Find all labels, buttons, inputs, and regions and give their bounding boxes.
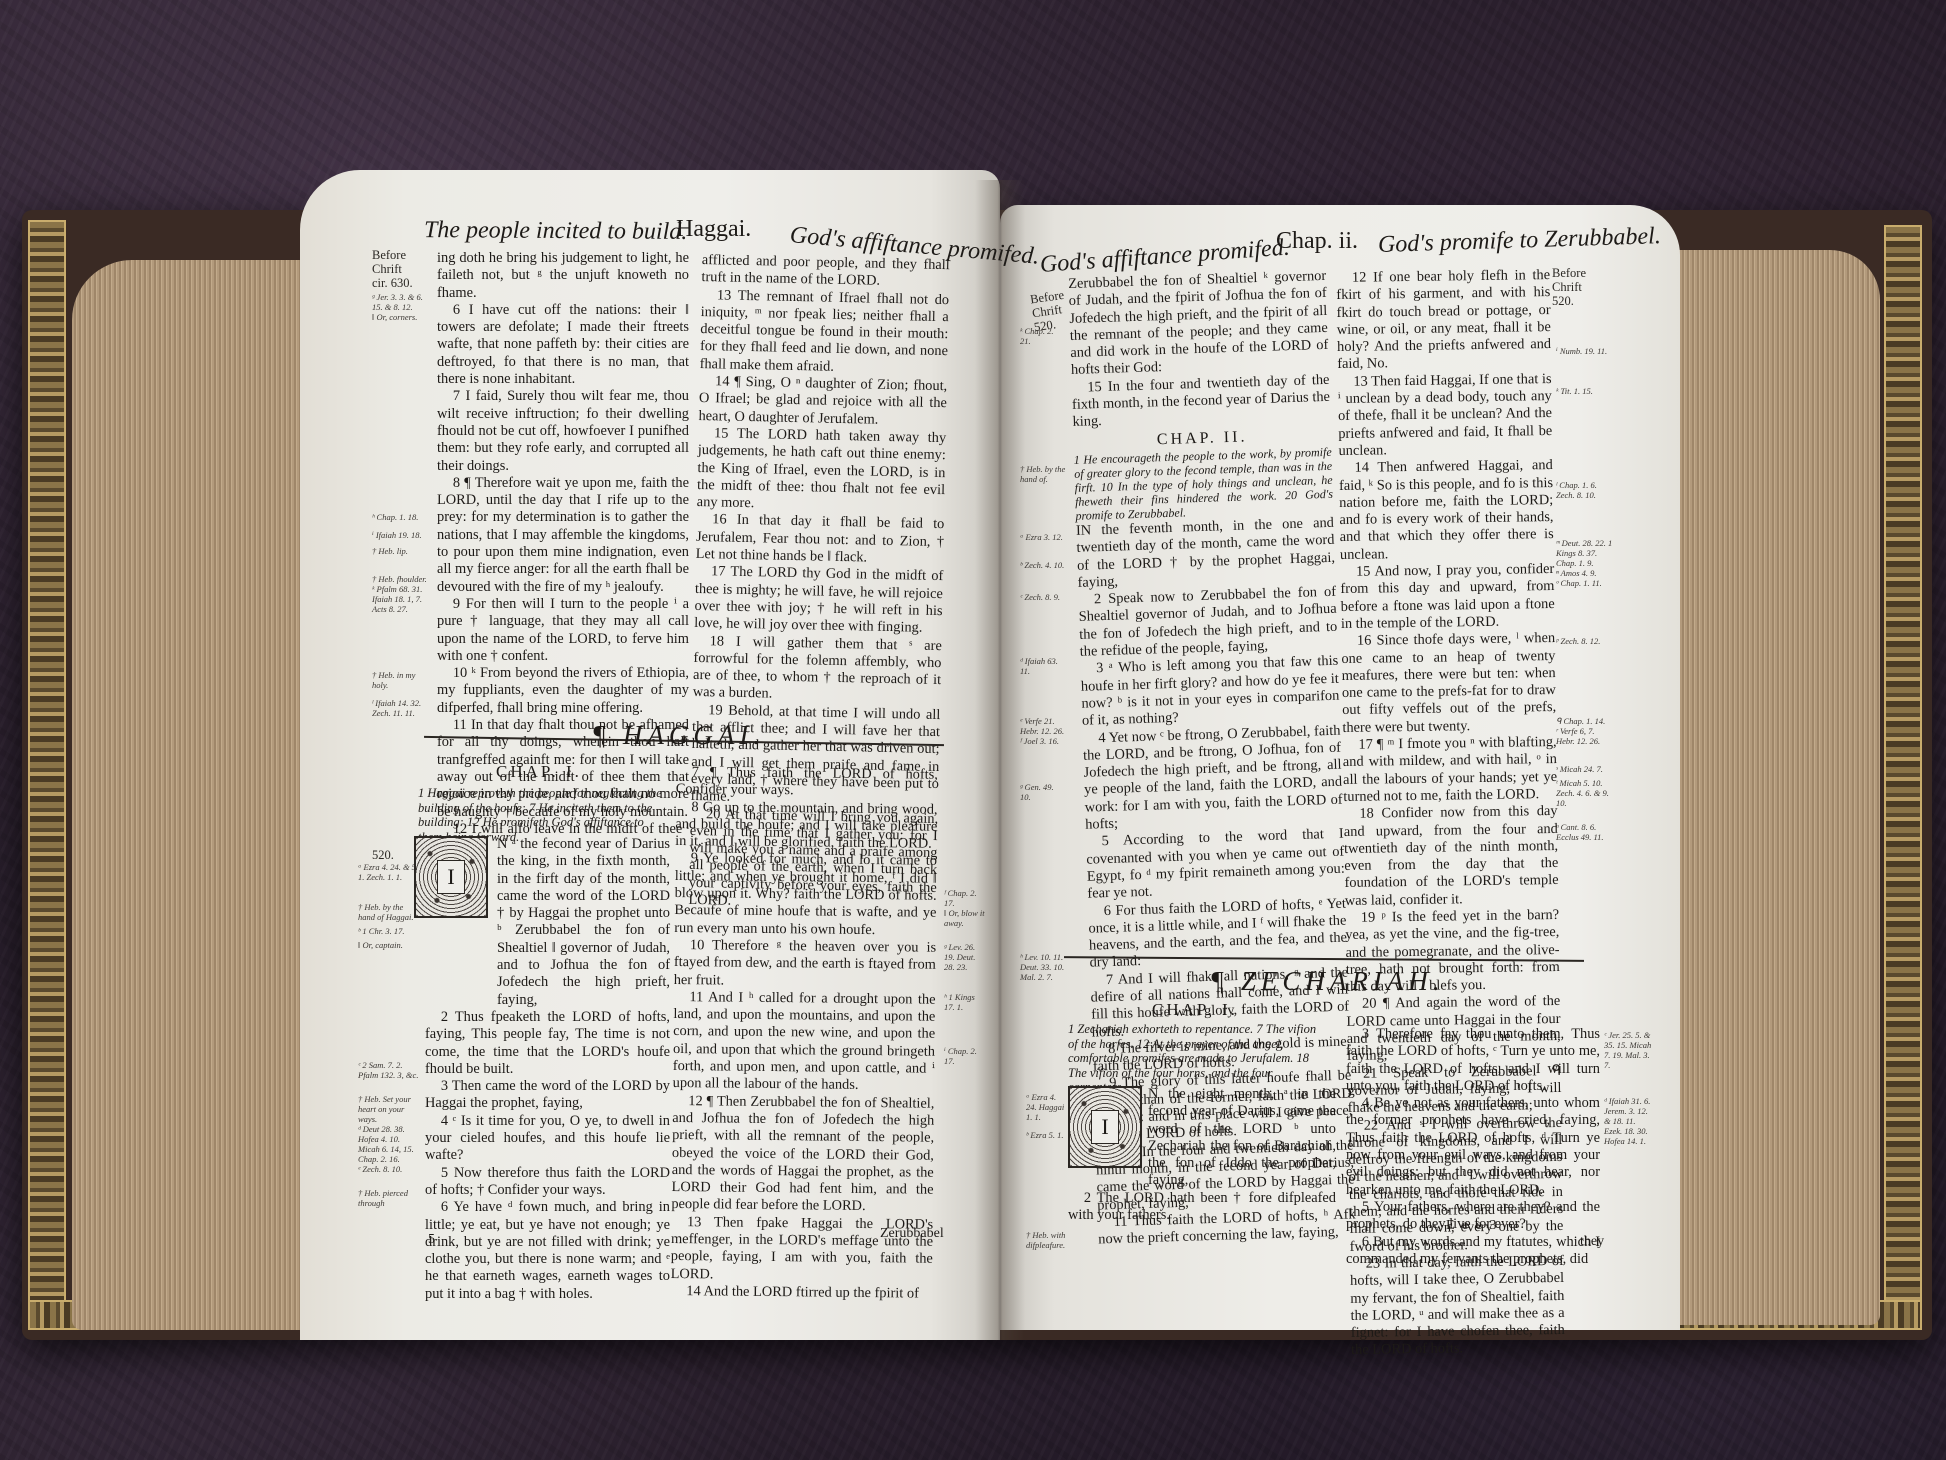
page-edges-right <box>1665 250 1880 1325</box>
margin-notes-zephaniah: ᵍ Jer. 3. 3. & 6. 15. & 8. 12. ‖ Or, cor… <box>372 292 430 718</box>
running-head-right-page-center: Chap. ii. <box>1276 228 1358 255</box>
running-head-left: The people incited to build. <box>424 217 687 246</box>
chapter-heading-zechariah-1: CHAP. I. <box>1152 1000 1238 1020</box>
side-date-left: Before Chrift cir. 630. <box>372 248 434 290</box>
margin-notes-haggai-2-left: ᵏ Chap. 2. 21. † Heb. by the hand of. ᵃ … <box>1020 326 1066 982</box>
chapter-heading-haggai-1: CHAP. I. <box>496 762 582 782</box>
book-title-haggai: ¶ HAGGAI. <box>592 720 765 751</box>
signature-mark: E e e 3 <box>1446 1218 1498 1234</box>
drop-cap-letter: I <box>1091 1110 1119 1144</box>
chapter-summary-haggai-2: 1 He encourageth the people to the work,… <box>1074 445 1334 523</box>
year-note-haggai: 520. <box>372 848 394 862</box>
gilt-border-right <box>1884 225 1922 1325</box>
margin-notes-haggai-2-right: ⁱ Numb. 19. 11. ᵏ Tit. 1. 15. ˡ Chap. 1.… <box>1556 346 1614 842</box>
margin-notes-zechariah-right: ᶜ Jer. 25. 5. & 35. 15. Micah 7. 19. Mal… <box>1604 1030 1652 1146</box>
zechariah-column-1: N the eight month, ᵃ in the fecond year … <box>1148 1086 1336 1224</box>
margin-notes-zechariah-left: ᵃ Ezra 4. 24. Haggai 1. 1. ᵇ Ezra 5. 1. … <box>1026 1092 1066 1250</box>
page-number-left: 5 <box>428 1232 435 1248</box>
book-title-zechariah: ¶ ZECHARIAH. <box>1210 966 1445 997</box>
margin-notes-haggai-right: ᶠ Chap. 2. 17. ‖ Or, blow it away. ᵍ Lev… <box>944 888 986 1066</box>
book-gutter <box>975 180 1025 1340</box>
haggai-column-2: 7 ¶ Thus faith the LORD of hofts, Confid… <box>670 764 938 1303</box>
catchword-left: Zerubbabel <box>880 1226 944 1242</box>
page-edges-left <box>72 260 332 1330</box>
side-date-right-page-right: Before Chrift 520. <box>1552 266 1586 308</box>
margin-notes-haggai: ᵃ Ezra 4. 24. & 5. 1. Zech. 1. 1. † Heb.… <box>358 862 420 1208</box>
haggai-column-1: N ᵃ the fecond year of Darius the king, … <box>425 836 670 1303</box>
running-head-center: Haggai. <box>676 216 751 243</box>
drop-cap-zechariah: I <box>1068 1086 1142 1168</box>
chapter-summary-zechariah-1: 1 Zechariah exhorteth to repentance. 7 T… <box>1068 1022 1326 1095</box>
running-head-left-title: The people incited to build. <box>424 217 687 245</box>
gilt-border-left <box>28 220 66 1330</box>
catchword-right: they <box>1580 1234 1604 1250</box>
